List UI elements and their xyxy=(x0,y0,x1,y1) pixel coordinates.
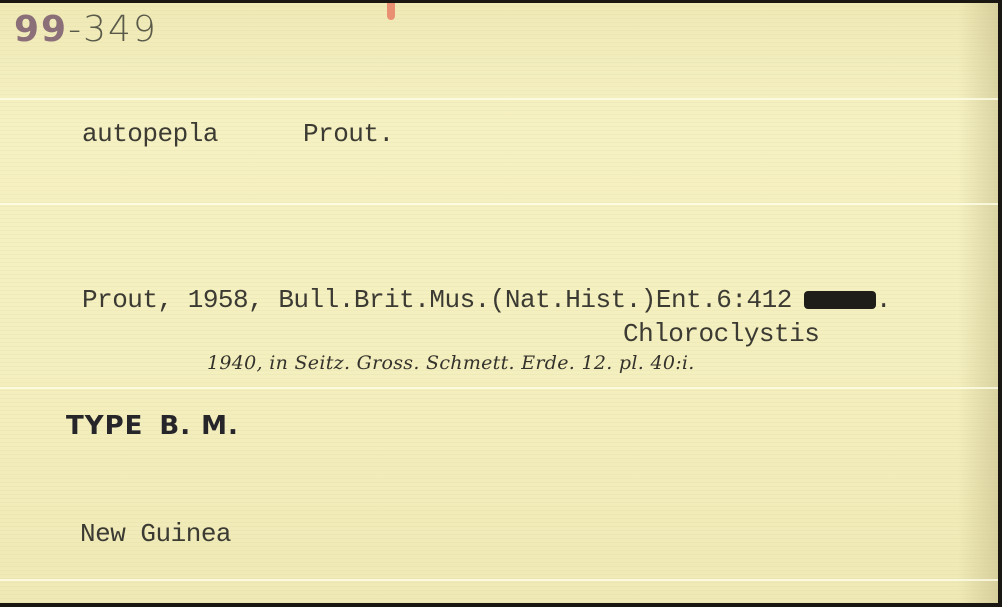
ruled-line xyxy=(0,579,998,581)
accession-stamp: 99 xyxy=(14,9,68,50)
accession-number: 99-349 xyxy=(14,9,158,50)
ruled-line xyxy=(0,387,998,389)
type-stamp: TYPEB. M. xyxy=(66,411,239,441)
species-author: Prout. xyxy=(303,119,394,149)
specimen-index-card: 99-349 autopepla Prout. Prout, 1958, Bul… xyxy=(0,3,998,603)
ruled-line xyxy=(0,203,998,205)
citation: Prout, 1958, Bull.Brit.Mus.(Nat.Hist.)En… xyxy=(82,285,891,315)
species-name: autopepla xyxy=(82,119,218,149)
locality: New Guinea xyxy=(80,519,231,549)
type-stamp-repository: B. M. xyxy=(159,411,239,441)
red-tab-mark xyxy=(387,3,395,20)
genus-name: Chloroclystis xyxy=(623,319,819,349)
citation-text: Prout, 1958, Bull.Brit.Mus.(Nat.Hist.)En… xyxy=(82,285,792,315)
ruled-line xyxy=(0,98,998,100)
accession-handwritten: -349 xyxy=(68,9,158,50)
handwritten-note: 1940, in Seitz. Gross. Schmett. Erde. 12… xyxy=(207,352,695,374)
redacted-word xyxy=(804,291,876,309)
type-stamp-label: TYPE xyxy=(66,411,143,441)
citation-trailing: . xyxy=(876,285,891,315)
